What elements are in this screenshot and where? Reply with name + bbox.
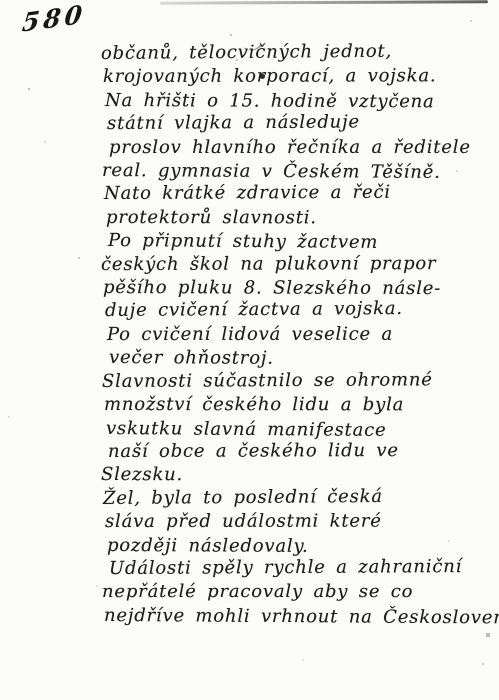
handwritten-line: duje cvičení žactva a vojska.: [105, 297, 497, 323]
handwritten-line: nepřátelé pracovaly aby se co: [102, 580, 497, 603]
scan-edge-artifact: [160, 0, 488, 4]
handwritten-line: Slavnosti súčastnilo se ohromné: [102, 368, 497, 393]
handwritten-line: krojovaných korporací, a vojska.: [103, 65, 497, 89]
scan-noise-specks: [0, 0, 2, 2]
handwritten-line: státní vlajka a následuje: [107, 110, 497, 136]
handwritten-line: občanů, tělocvičných jednot,: [101, 39, 497, 66]
handwritten-line: sláva před událostmi které: [105, 510, 497, 534]
page-number: 580: [21, 0, 88, 38]
handwritten-line: protektorů slavnosti.: [106, 206, 497, 230]
scanned-document-page: 580 občanů, tělocvičných jednot,krojovan…: [0, 0, 499, 700]
handwritten-line: množství českého lidu a byla: [104, 393, 497, 417]
handwritten-line: Žel, byla to poslední česká: [103, 484, 497, 510]
handwritten-line: Nato krátké zdravice a řeči: [104, 181, 497, 206]
handwritten-text-block: občanů, tělocvičných jednot,krojovaných …: [101, 42, 497, 627]
handwritten-line: Události spěly rychle a zahraniční: [109, 555, 497, 581]
handwritten-line: naší obce a českého lidu ve: [108, 439, 497, 464]
handwritten-line: nejdříve mohli vrhnout na Československo…: [104, 604, 497, 630]
handwritten-line: Po cvičení lidová veselice a: [107, 323, 497, 347]
handwritten-line: proslov hlavního řečníka a ředitele: [109, 135, 497, 159]
handwritten-line: českých škol na plukovní prapor: [101, 252, 497, 276]
